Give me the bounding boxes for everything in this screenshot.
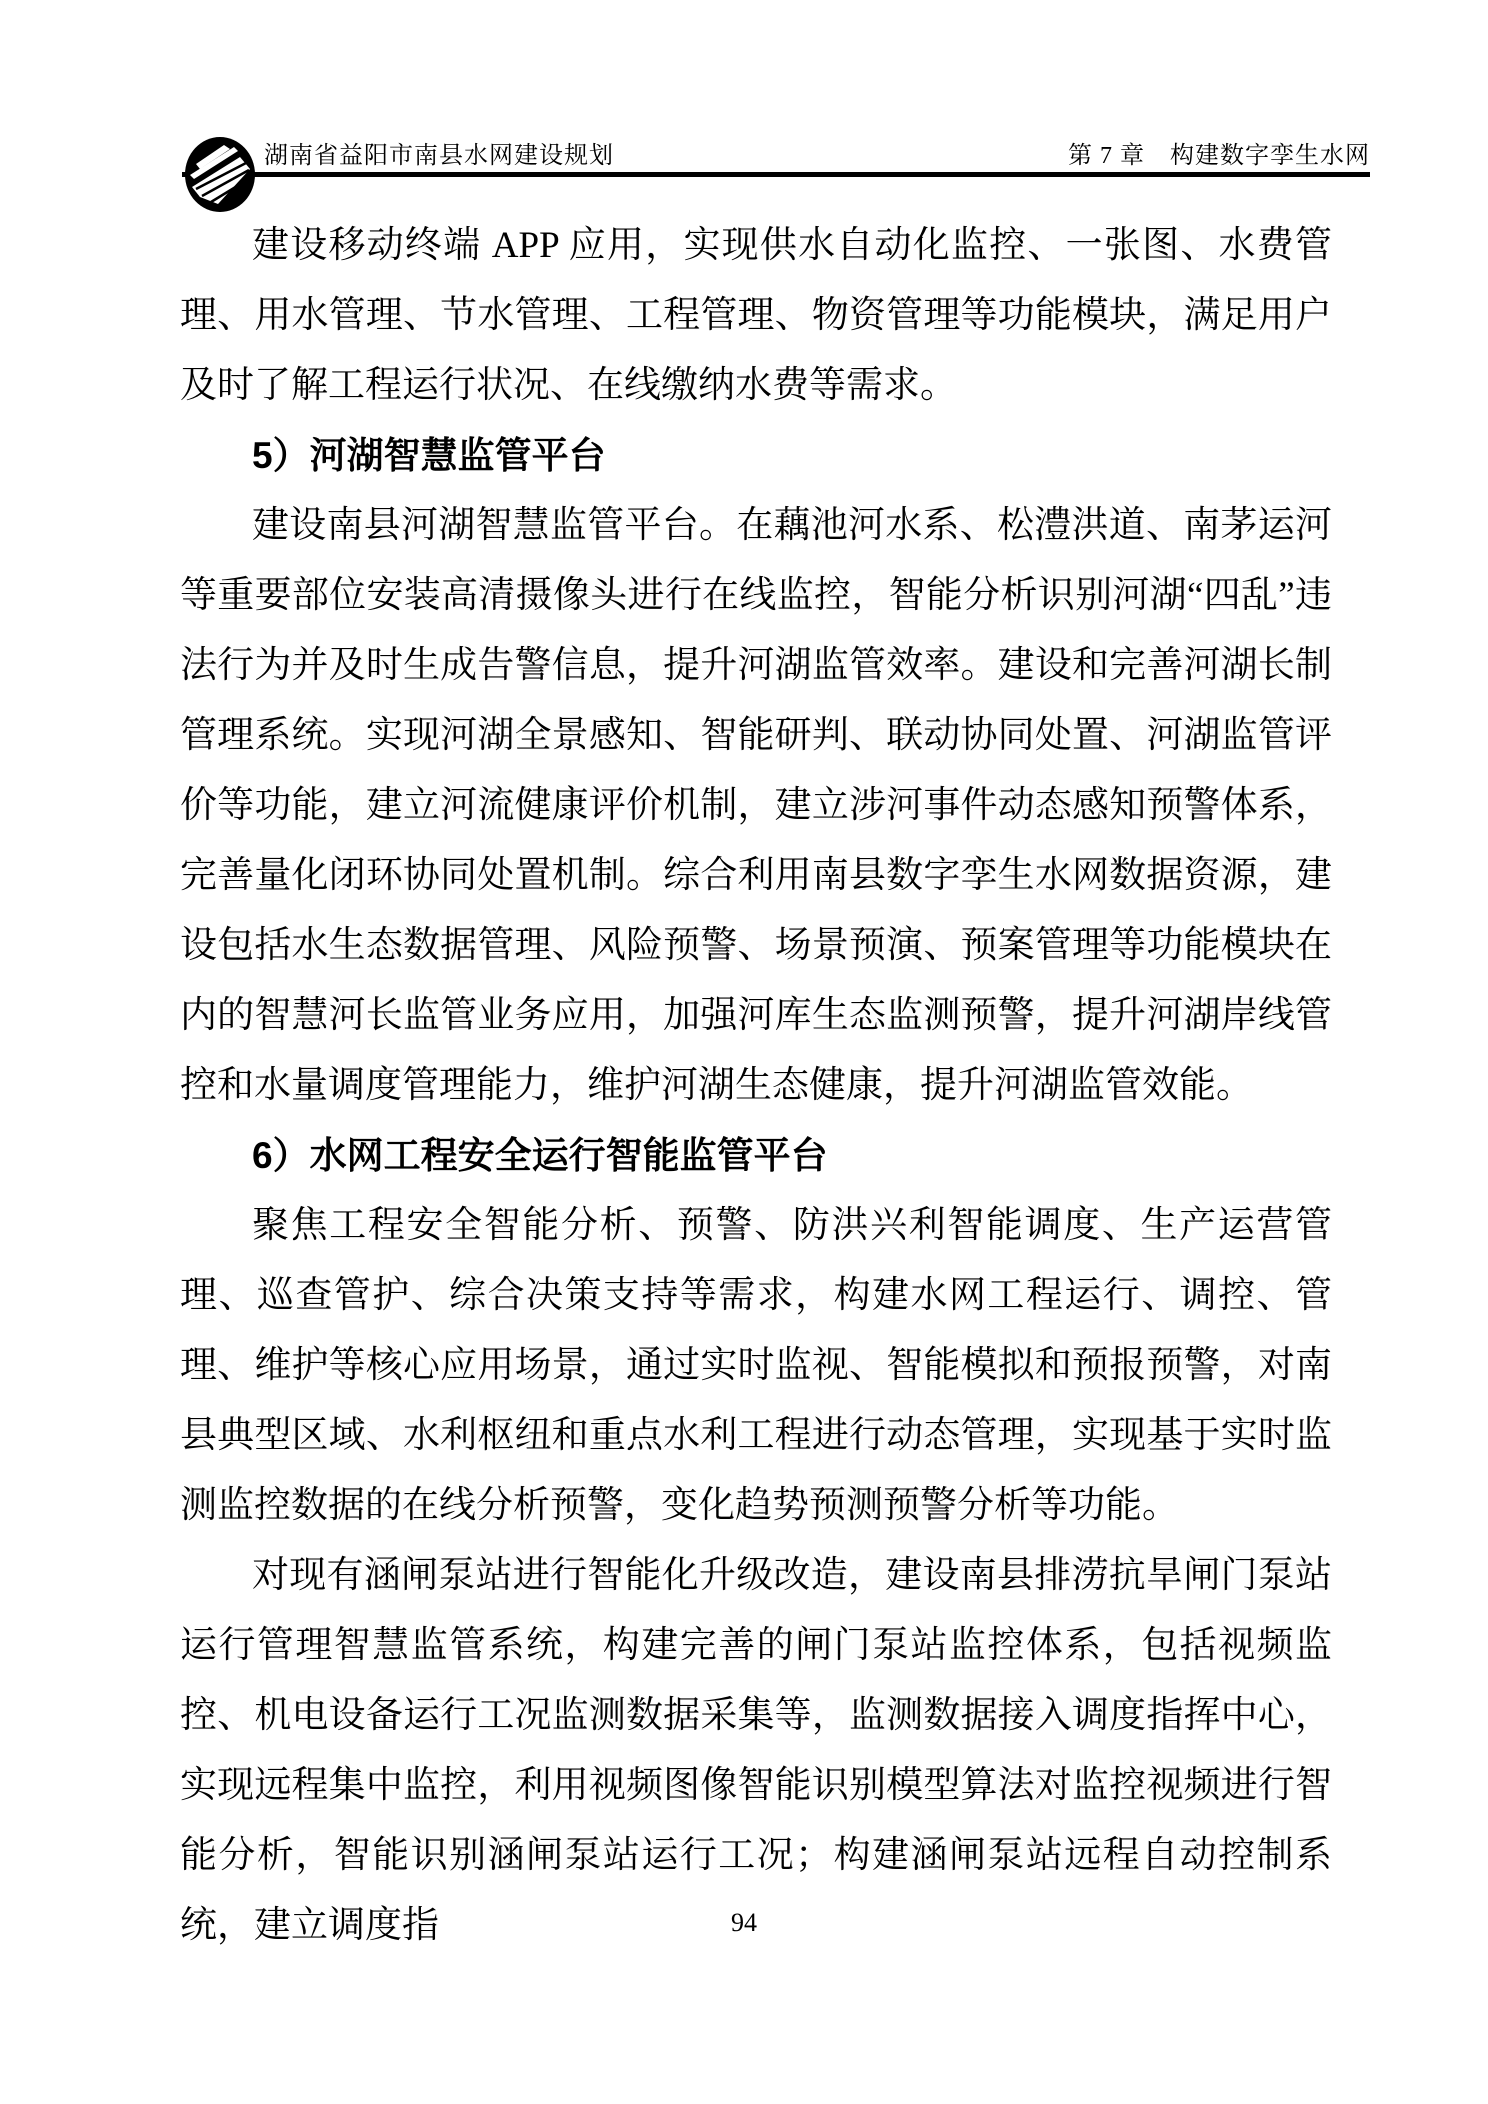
document-page: 湖南省益阳市南县水网建设规划 第 7 章 构建数字孪生水网 建设移动终端 APP… bbox=[0, 0, 1488, 2104]
paragraph-network-safety: 聚焦工程安全智能分析、预警、防洪兴利智能调度、生产运营管理、巡查管护、综合决策支… bbox=[180, 1191, 1332, 1541]
header-rule bbox=[182, 172, 1370, 177]
header-document-title: 湖南省益阳市南县水网建设规划 bbox=[264, 140, 614, 172]
document-body: 建设移动终端 APP 应用，实现供水自动化监控、一张图、水费管理、用水管理、节水… bbox=[180, 211, 1332, 1961]
heading-6-network-safety-platform: 6）水网工程安全运行智能监管平台 bbox=[180, 1121, 1332, 1191]
header-chapter-title: 第 7 章 构建数字孪生水网 bbox=[1068, 140, 1370, 172]
paragraph-sluice-pump-upgrade: 对现有涵闸泵站进行智能化升级改造，建设南县排涝抗旱闸门泵站运行管理智慧监管系统，… bbox=[180, 1541, 1332, 1961]
paragraph-river-lake-supervision: 建设南县河湖智慧监管平台。在藕池河水系、松澧洪道、南茅运河等重要部位安装高清摄像… bbox=[180, 491, 1332, 1121]
heading-5-river-lake-platform: 5）河湖智慧监管平台 bbox=[180, 421, 1332, 491]
paragraph-mobile-app: 建设移动终端 APP 应用，实现供水自动化监控、一张图、水费管理、用水管理、节水… bbox=[180, 211, 1332, 421]
bridge-road-logo-icon bbox=[184, 136, 256, 213]
page-number: 94 bbox=[0, 1908, 1488, 1938]
